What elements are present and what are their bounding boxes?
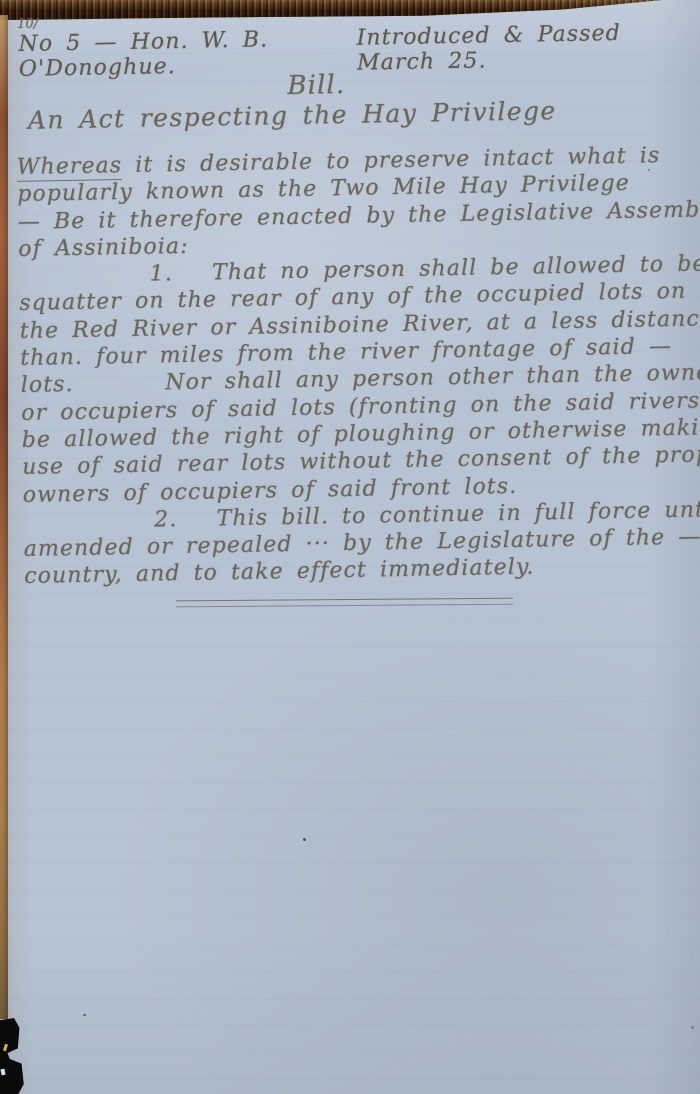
dust-speck [303,838,306,841]
dust-speck [83,1014,86,1016]
bill-body: Whereas it is desirable to preserve inta… [16,142,698,591]
page-number-mark: 10/ [17,17,38,32]
introduced-passed-note: Introduced & Passed March 25. [356,20,685,76]
binder-clip [0,1018,27,1094]
bill-header: No 5 — Hon. W. B. O'Donoghue. Introduced… [12,6,689,82]
dust-speck [691,1026,694,1029]
preamble-lead-word: Whereas [17,153,123,182]
closing-double-rule [176,598,513,608]
handwritten-text: 10/ No 5 — Hon. W. B. O'Donoghue. Introd… [12,6,698,591]
page-gutter-left-edge [0,15,8,1019]
manuscript-page-scan: 10/ No 5 — Hon. W. B. O'Donoghue. Introd… [0,0,700,1094]
